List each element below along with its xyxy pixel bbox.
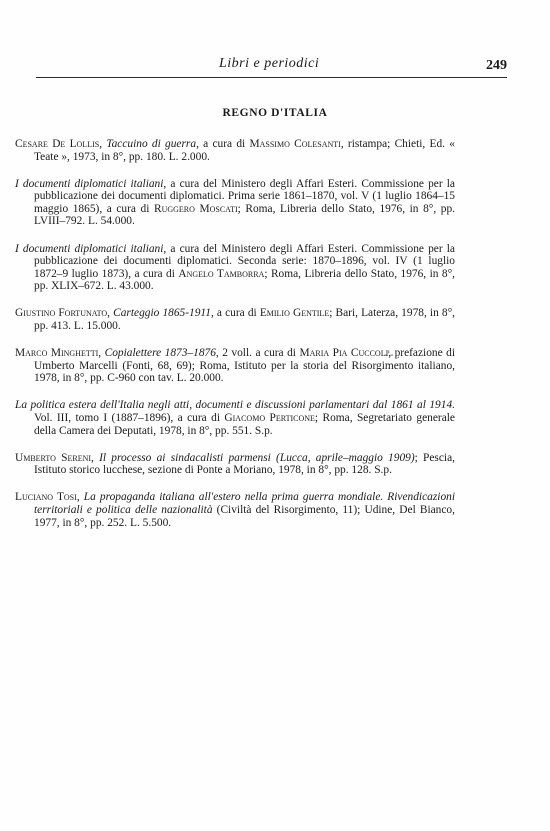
entry-title: I documenti diplomatici italiani <box>15 178 163 190</box>
entry-title: Il processo ai sindacalisti parmensi (Lu… <box>99 452 415 464</box>
bibliography-entry: Giustino Fortunato, Carteggio 1865-1911,… <box>15 307 455 332</box>
bibliography-entry: Luciano Tosi, La propaganda italiana all… <box>15 491 455 529</box>
entry-title: Taccuino di guerra <box>106 138 196 150</box>
entry-details: , 2 voll. a cura di <box>216 347 300 359</box>
bibliography-entry: Cesare De Lollis, Taccuino di guerra, a … <box>15 138 455 163</box>
bibliography-entry: La politica estera dell'Italia negli att… <box>15 399 455 437</box>
entry-editor: Ruggero Moscati <box>154 203 238 215</box>
header-rule <box>36 77 507 78</box>
entry-details: Vol. III, tomo I (1887–1896), a cura di <box>34 412 224 424</box>
entry-author: Marco Minghetti <box>15 347 98 359</box>
entry-title: La politica estera dell'Italia negli att… <box>15 399 455 411</box>
running-title: Libri e periodici <box>219 56 319 72</box>
entry-author: Giustino Fortunato <box>15 307 107 319</box>
entry-editor: Emilio Gentile <box>260 307 329 319</box>
entry-editor: Angelo Tamborra <box>178 268 264 280</box>
bibliography-entry: I documenti diplomatici italiani, a cura… <box>15 243 455 293</box>
bibliography-list: Cesare De Lollis, Taccuino di guerra, a … <box>15 138 455 544</box>
page-number: 249 <box>486 58 507 74</box>
entry-author: Umberto Sereni <box>15 452 91 464</box>
entry-author: Luciano Tosi <box>15 491 77 503</box>
entry-details: , a cura di <box>196 138 249 150</box>
section-title: REGNO D'ITALIA <box>0 107 550 119</box>
document-page: Libri e periodici 249 REGNO D'ITALIA Ces… <box>0 0 550 831</box>
entry-title: Copialettere 1873–1876 <box>105 347 216 359</box>
entry-title: I documenti diplomatici italiani <box>15 243 163 255</box>
scan-artifact: -'- . <box>384 350 400 361</box>
entry-editor: Giacomo Perticone <box>224 412 315 424</box>
entry-title: Carteggio 1865-1911 <box>113 307 211 319</box>
bibliography-entry: Umberto Sereni, Il processo ai sindacali… <box>15 452 455 477</box>
entry-editor: Maria Pia Cuccoli <box>299 347 388 359</box>
entry-details: , a cura di <box>211 307 260 319</box>
entry-editor: Massimo Colesanti <box>249 138 340 150</box>
entry-author: Cesare De Lollis <box>15 138 99 150</box>
bibliography-entry: I documenti diplomatici italiani, a cura… <box>15 178 455 228</box>
